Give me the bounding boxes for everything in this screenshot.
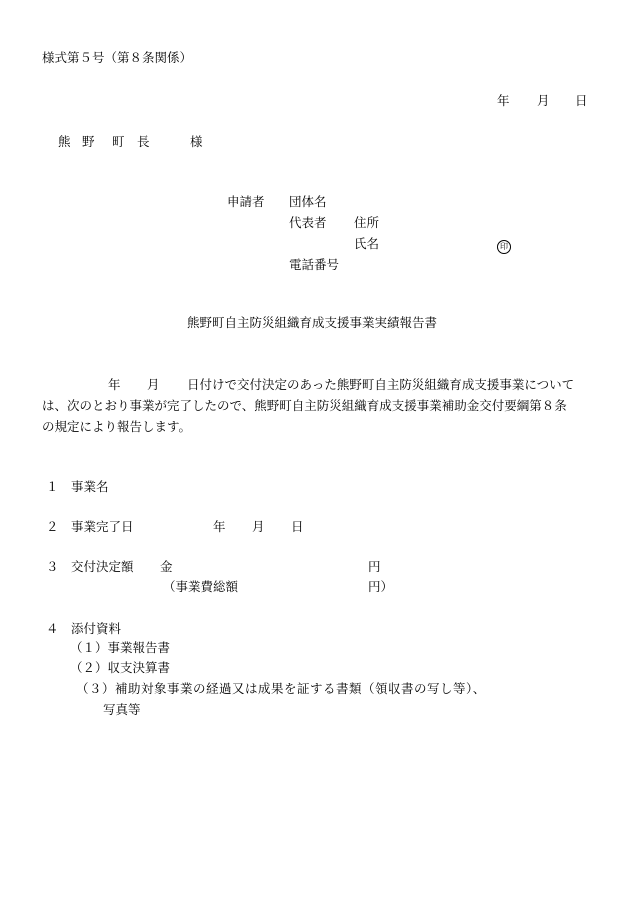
addressee-char-4: 長: [137, 134, 150, 150]
item1-label: 事業名: [71, 479, 109, 495]
item3-currency-prefix: 金: [160, 559, 173, 575]
item2-number: ２: [46, 519, 59, 535]
applicant-label: 申請者: [227, 194, 265, 210]
item3-label: 交付決定額: [71, 559, 134, 575]
phone-label: 電話番号: [289, 257, 339, 273]
body-month-label: 月: [147, 377, 160, 393]
body-line1-text: 日付けで交付決定のあった熊野町自主防災組織育成支援事業につい: [187, 377, 562, 392]
item3-total-yen: 円）: [368, 579, 393, 595]
attachment-1: （１）事業報告書: [70, 640, 170, 656]
item3-total-label: （事業費総額: [163, 579, 238, 595]
item2-year-label: 年: [213, 519, 226, 535]
date-day-label: 日: [575, 93, 588, 109]
item3-yen: 円: [368, 559, 381, 575]
addressee-char-3: 町: [112, 134, 125, 150]
addressee-char-1: 熊: [58, 134, 71, 150]
item2-label: 事業完了日: [71, 519, 134, 535]
date-year-label: 年: [497, 93, 510, 109]
seal-mark: 印: [497, 237, 511, 254]
body-line1-end: て: [562, 377, 575, 392]
addressee-honorific: 様: [190, 134, 203, 150]
attachment-2: （２）収支決算書: [70, 660, 170, 676]
attachment-3-continuation: 写真等: [103, 702, 141, 718]
attachment-3: （３）補助対象事業の経過又は成果を証する書類（領収書の写し等）、: [76, 681, 486, 697]
body-year-label: 年: [108, 377, 121, 393]
form-number: 様式第５号（第８条関係）: [42, 50, 192, 66]
item4-number: ４: [46, 621, 59, 637]
body-line2: は、次のとおり事業が完了したので、熊野町自主防災組織育成支援事業補助金交付要綱第…: [42, 398, 567, 414]
name-label: 氏名: [354, 236, 379, 252]
seal-icon: 印: [497, 240, 511, 254]
representative-label: 代表者: [289, 215, 327, 231]
item4-label: 添付資料: [71, 621, 121, 637]
body-line3: の規定により報告します。: [42, 419, 191, 435]
item3-number: ３: [46, 559, 59, 575]
body-line1: 日付けで交付決定のあった熊野町自主防災組織育成支援事業について: [187, 377, 574, 393]
addressee-char-2: 野: [82, 134, 95, 150]
address-label: 住所: [354, 215, 379, 231]
item2-day-label: 日: [291, 519, 304, 535]
org-name-label: 団体名: [289, 194, 327, 210]
item2-month-label: 月: [252, 519, 265, 535]
date-month-label: 月: [537, 93, 550, 109]
document-title: 熊野町自主防災組織育成支援事業実績報告書: [187, 315, 437, 331]
item1-number: １: [46, 479, 59, 495]
